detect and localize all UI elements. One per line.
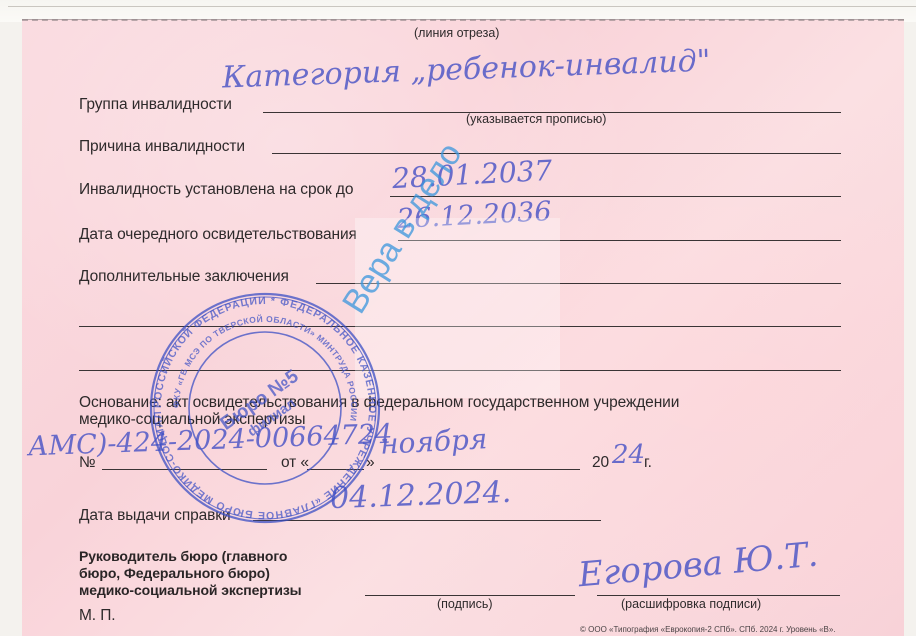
cut-line-label: (линия отреза) [414, 26, 499, 40]
basis-year-suffix: г. [644, 454, 652, 472]
head-line-3: медико-социальной экспертизы [79, 582, 302, 599]
basis-year-prefix: 20 [592, 454, 609, 472]
decode-line [597, 595, 840, 596]
decode-hint: (расшифровка подписи) [621, 597, 761, 611]
basis-month-line [380, 469, 580, 470]
printer-imprint: © ООО «Типография «Еврокопия-2 СПб». СПб… [580, 625, 836, 634]
head-line-2: бюро, Федерального бюро) [79, 565, 270, 582]
official-stamp: РОССИЙСКОЙ ФЕДЕРАЦИИ * ФЕДЕРАЛЬНОЕ КАЗЕН… [145, 288, 385, 528]
cause-label: Причина инвалидности [79, 138, 245, 156]
head-line-1: Руководитель бюро (главного [79, 548, 287, 565]
basis-number-label: № [79, 454, 96, 472]
basis-month-value: ноября [379, 422, 488, 461]
cut-line [22, 19, 904, 21]
seal-place-label: М. П. [79, 607, 115, 625]
next-exam-label: Дата очередного освидетельствования [79, 226, 357, 244]
signature-line [365, 595, 575, 596]
term-field-line [390, 196, 841, 197]
additional-label: Дополнительные заключения [79, 268, 289, 286]
signature-hint: (подпись) [437, 597, 493, 611]
group-label: Группа инвалидности [79, 96, 232, 114]
basis-year-value: 24 [612, 440, 645, 470]
group-hint: (указывается прописью) [466, 112, 606, 126]
cause-field-line [272, 153, 841, 154]
term-label: Инвалидность установлена на срок до [79, 181, 353, 199]
